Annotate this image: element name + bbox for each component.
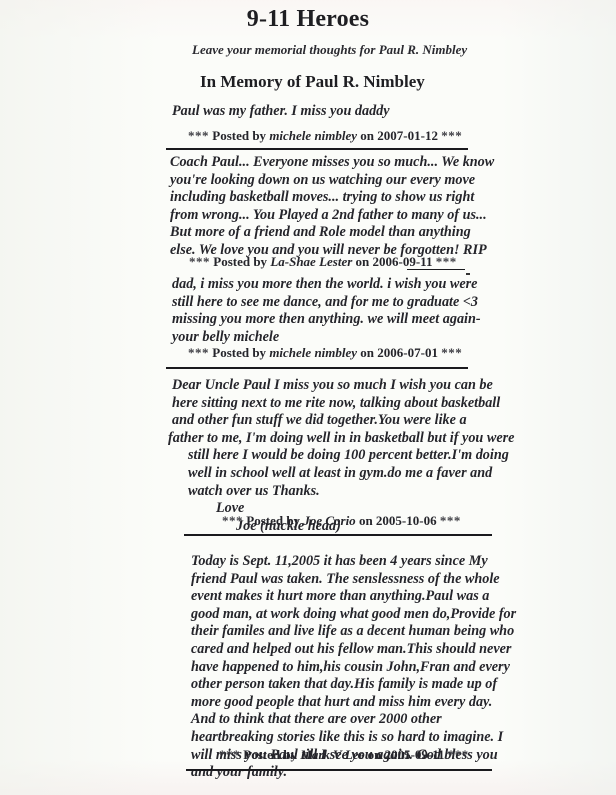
entry-line: heartbreaking stories like this is so ha… — [191, 729, 516, 747]
entry-author: La-Shae Lester — [270, 254, 352, 269]
posted-by-line: *** Posted by michele nimbley on 2007-01… — [188, 128, 462, 144]
entry-line: well in school well at least in gym.do m… — [188, 465, 514, 483]
entry-line: your belly michele — [172, 329, 481, 347]
entry-line: good man, at work doing what good men do… — [191, 606, 516, 624]
entry-line: you're looking down on us watching our e… — [170, 172, 494, 190]
entry-date: 2006-09-11 — [373, 254, 433, 269]
entry-line: Coach Paul... Everyone misses you so muc… — [170, 154, 494, 172]
posted-by-line: *** Posted by Joe Corio on 2005-10-06 **… — [222, 513, 461, 529]
entry-line: event makes it hurt more than anything.P… — [191, 588, 516, 606]
entry-author: michele nimbley — [269, 345, 357, 360]
entry-line: And to think that there are over 2000 ot… — [191, 711, 516, 729]
entry-message: Paul was my father. I miss you daddy — [172, 103, 390, 121]
entry-date: 2006-07-01 — [377, 345, 438, 360]
memory-heading: In Memory of Paul R. Nimbley — [200, 72, 425, 92]
posted-by-line: *** Posted by La-Shae Lester on 2006-09-… — [189, 254, 457, 270]
entry-author: Joe Corio — [303, 513, 355, 528]
posted-by-line: *** Posted by Mark V Lee on 2005-09-11 *… — [219, 747, 469, 763]
entry-author: Mark V Lee — [300, 747, 364, 762]
entry-line: still here I would be doing 100 percent … — [188, 447, 514, 465]
entry-message: dad, i miss you more then the world. i w… — [172, 276, 481, 346]
memorial-subtitle-link[interactable]: Leave your memorial thoughts for Paul R.… — [192, 42, 467, 58]
entry-line: father to me, I'm doing well in in baske… — [168, 430, 514, 448]
entry-line: here sitting next to me rite now, talkin… — [172, 395, 514, 413]
entry-divider — [166, 148, 468, 150]
entry-line: still here to see me dance, and for me t… — [172, 294, 481, 312]
entry-line: from wrong... You Played a 2nd father to… — [170, 207, 494, 225]
entry-line: dad, i miss you more then the world. i w… — [172, 276, 481, 294]
entry-divider — [166, 367, 468, 369]
entry-line: watch over us Thanks. — [188, 483, 514, 501]
entry-line: Paul was my father. I miss you daddy — [172, 103, 390, 121]
entry-line: including basketball moves... trying to … — [170, 189, 494, 207]
entry-line: their familes and live life as a decent … — [191, 623, 516, 641]
entry-message: Dear Uncle Paul I miss you so much I wis… — [172, 377, 514, 535]
entry-author: michele nimbley — [269, 128, 357, 143]
entry-line: and other fun stuff we did together.You … — [172, 412, 514, 430]
scan-mark — [466, 273, 470, 275]
site-title: 9-11 Heroes — [0, 6, 616, 33]
entry-divider — [184, 534, 492, 536]
entry-line: other person taken that day.His family i… — [191, 676, 516, 694]
entry-line: have happened to him,his cousin John,Fra… — [191, 659, 516, 677]
entry-date: 2005-10-06 — [376, 513, 437, 528]
entry-line: Today is Sept. 11,2005 it has been 4 yea… — [191, 553, 516, 571]
entry-line: cared and helped out his fellow man.This… — [191, 641, 516, 659]
entry-divider — [407, 269, 465, 270]
posted-by-line: *** Posted by michele nimbley on 2006-07… — [188, 345, 462, 361]
entry-line: more good people that hurt and miss him … — [191, 694, 516, 712]
entry-line: and your family. — [191, 764, 516, 782]
entry-date: 2005-09-11 — [385, 747, 445, 762]
entry-line: But more of a friend and Role model than… — [170, 224, 494, 242]
entry-date: 2007-01-12 — [377, 128, 438, 143]
entry-divider — [186, 769, 492, 771]
entry-line: Dear Uncle Paul I miss you so much I wis… — [172, 377, 514, 395]
entry-message: Coach Paul... Everyone misses you so muc… — [170, 154, 494, 260]
entry-line: friend Paul was taken. The senslessness … — [191, 571, 516, 589]
entry-line: missing you more then anything. we will … — [172, 311, 481, 329]
